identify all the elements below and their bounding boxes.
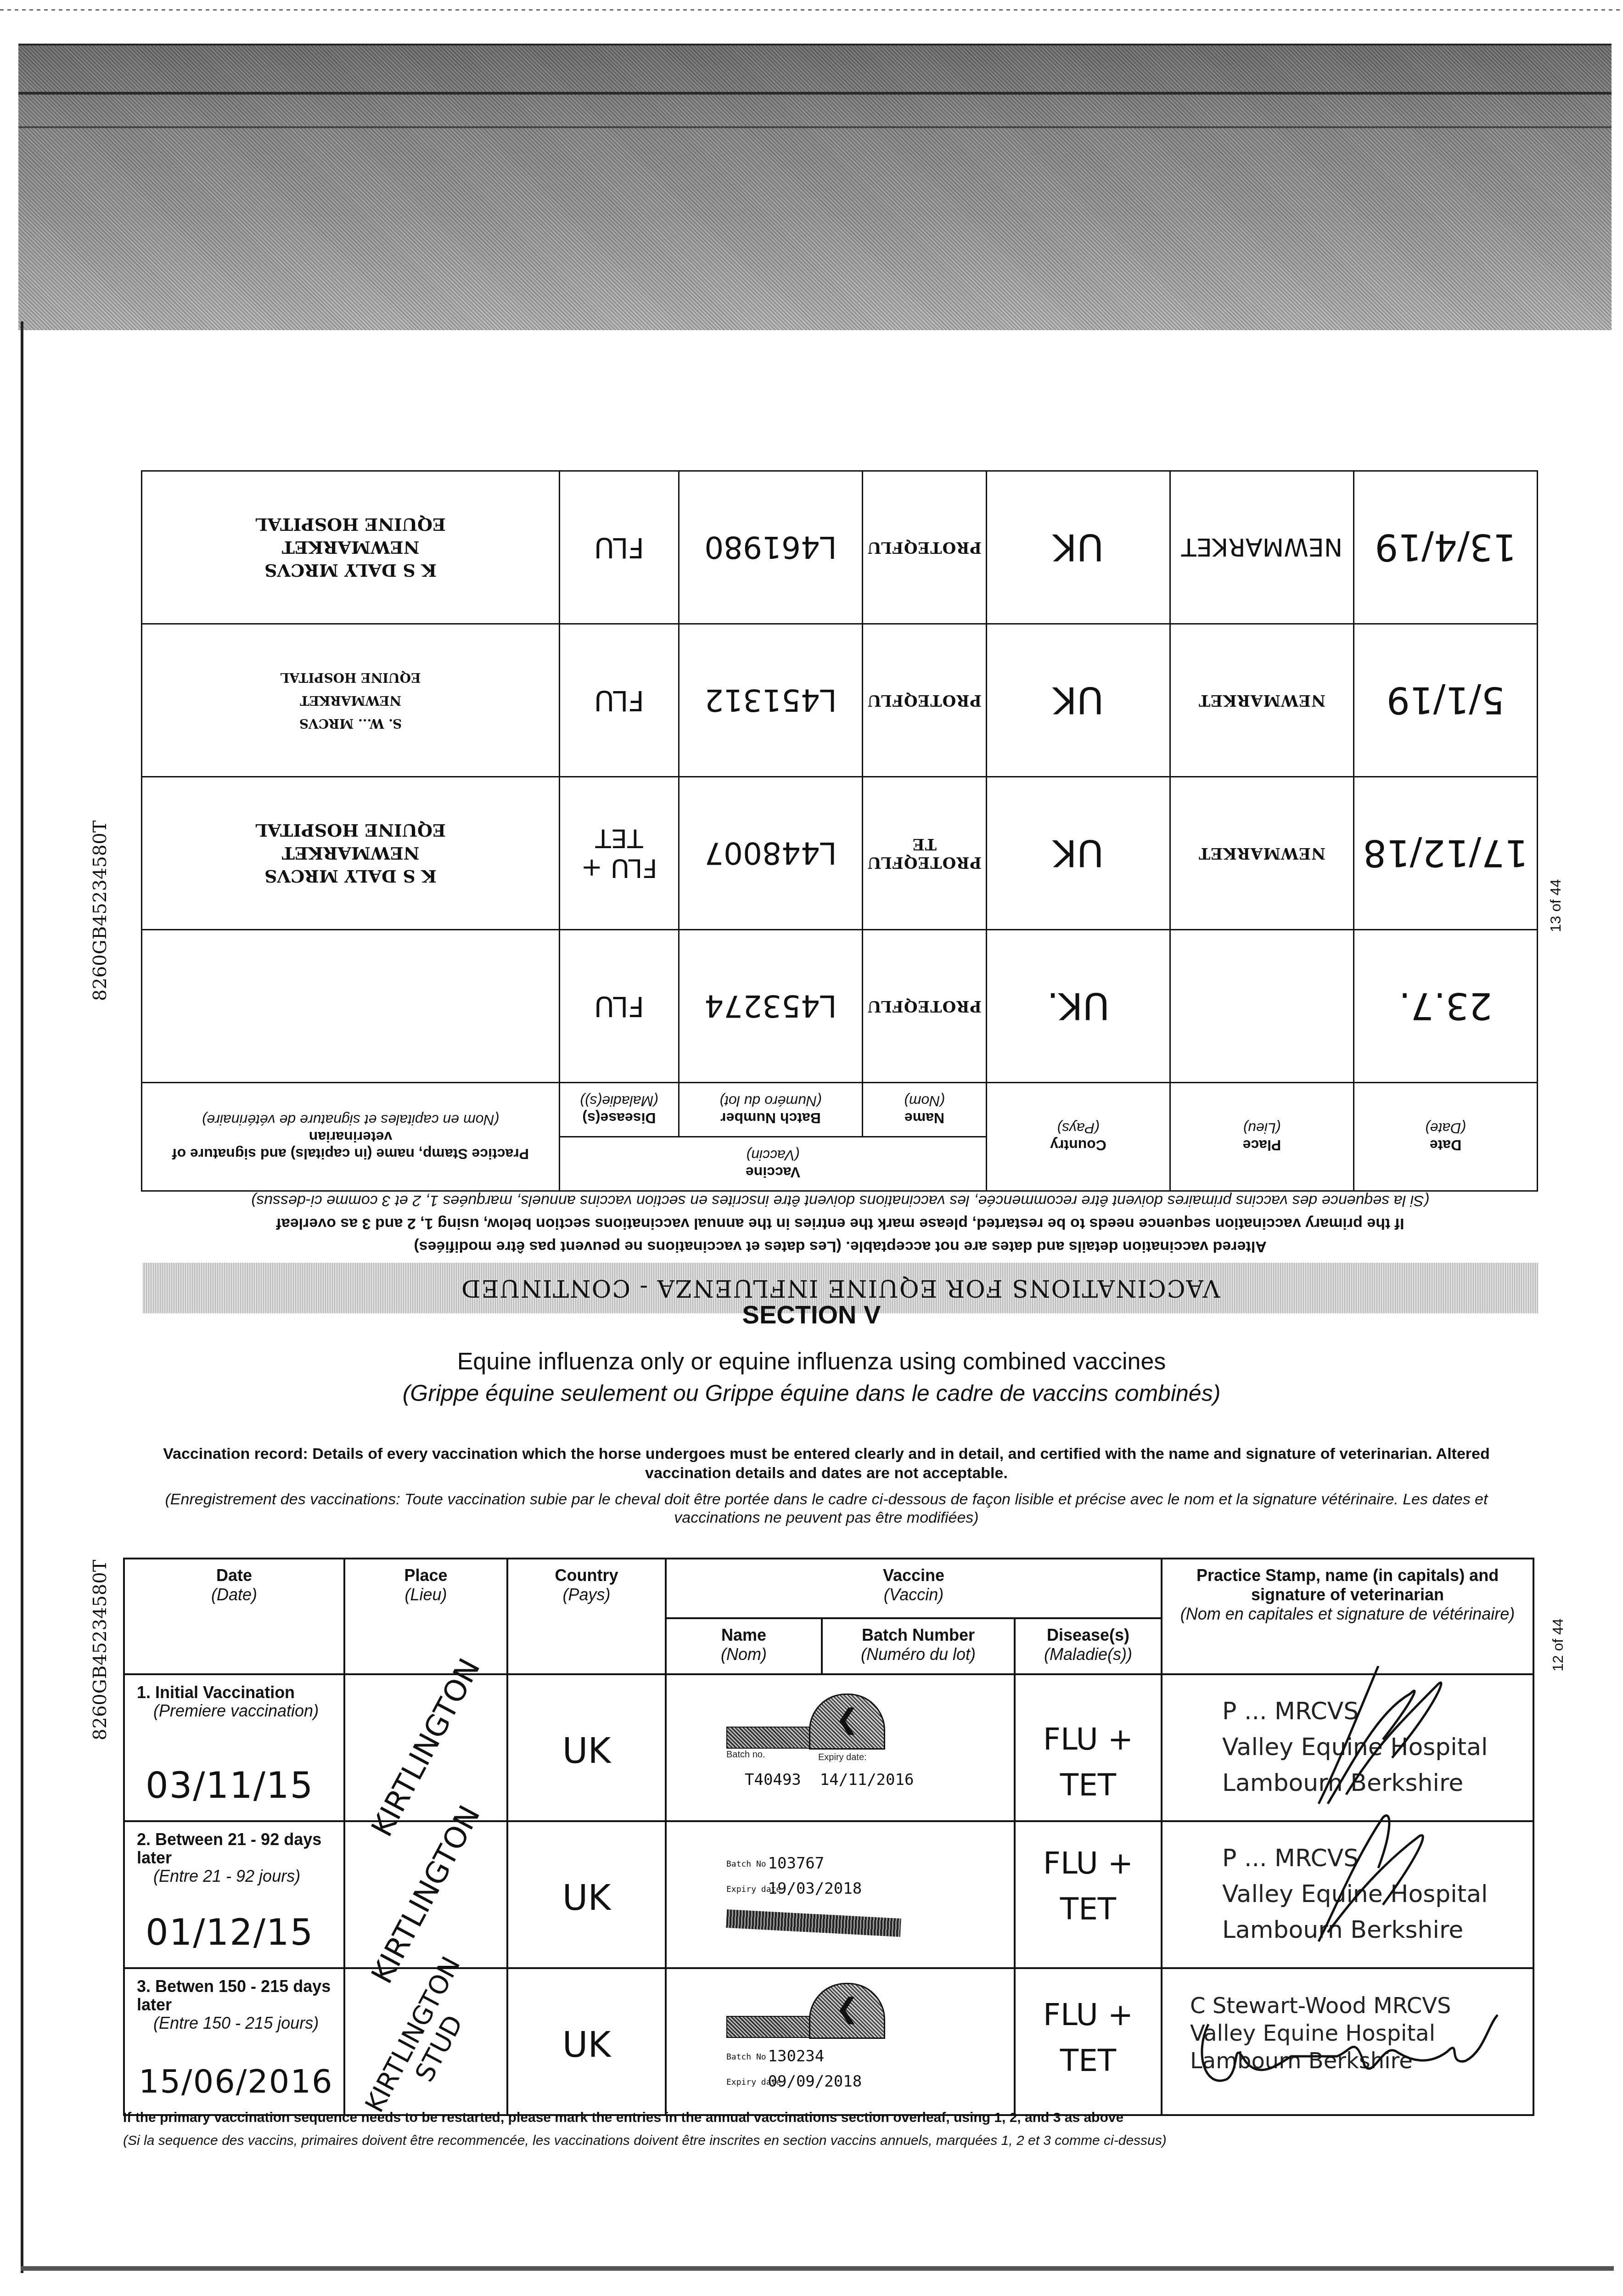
scan-top-dotted-edge [0, 9, 1623, 11]
upper-title: VACCINATIONS FOR EQUINE INFLUENZA - CONT… [461, 1274, 1220, 1302]
upper-header-disease: Disease(s)(Maladie(s)) [560, 1083, 679, 1137]
passport-id-upper: 8260GB45234580T [90, 821, 111, 1001]
scanner-line [18, 126, 1612, 128]
header-diseases: Disease(s)(Maladie(s)) [1015, 1618, 1162, 1674]
upper-row-place: NEWMARKET [1170, 471, 1354, 624]
upper-note-restart: If the primary vaccination sequence need… [142, 1212, 1538, 1235]
cell-vaccine-label: Batch No 103767 Expiry date 19/03/2018 [666, 1821, 1015, 1968]
cell-country: UK [507, 1821, 666, 1968]
vaccine-sticker [726, 1983, 965, 2056]
vaccination-country: UK [508, 1877, 665, 1918]
upper-row-vaccine-name: PROTEQFLU [863, 471, 987, 624]
header-date: Date(Date) [124, 1559, 344, 1674]
upper-row-place [1170, 930, 1354, 1083]
passport-id-lower: 8260GB45234580T [90, 1560, 111, 1740]
vaccination-country: UK [508, 2024, 665, 2065]
vet-signature [1300, 1666, 1475, 1813]
section-subtitle-fr: (Grippe équine seulement ou Grippe équin… [0, 1380, 1623, 1407]
page-bottom-edge [21, 2266, 1614, 2271]
vaccination-date: 03/11/15 [146, 1765, 314, 1806]
primary-vaccination-table: Date(Date) Place(Lieu) Country(Pays) Vac… [123, 1558, 1534, 2116]
cell-place: KIRTLINGTON [344, 1674, 507, 1821]
header-vaccine-name: Name(Nom) [666, 1618, 822, 1674]
batch-line: Batch No 130234 [726, 2047, 824, 2065]
cell-diseases: FLU +TET [1015, 1674, 1162, 1821]
restart-sequence-note-fr: (Si la sequence des vaccins, primaires d… [123, 2133, 1533, 2149]
upper-table-row: 13/4/19 NEWMARKET UK PROTEQFLU L461980 F… [142, 471, 1538, 624]
cell-country: UK [507, 1674, 666, 1821]
header-country: Country(Pays) [507, 1559, 666, 1674]
sticker-barcode-strip [726, 1909, 901, 1937]
header-stamp: Practice Stamp, name (in capitals) and s… [1162, 1559, 1533, 1674]
sticker-expiry-caption: Expiry date: [818, 1752, 867, 1763]
expiry-caption: Expiry date [726, 1885, 758, 1894]
vaccination-date: 01/12/15 [146, 1912, 314, 1953]
vaccination-country: UK [508, 1730, 665, 1771]
row-label: 1. Initial Vaccination(Premiere vaccinat… [125, 1675, 343, 1720]
cell-stamp: C Stewart-Wood MRCVS Valley Equine Hospi… [1162, 1968, 1533, 2115]
stamp-name: S. W... MRCVS [142, 712, 559, 735]
upper-row-date: 23.7. [1354, 930, 1538, 1083]
upper-row-disease: FLU [560, 624, 679, 777]
cell-date: 1. Initial Vaccination(Premiere vaccinat… [124, 1674, 344, 1821]
expiry-caption: Expiry date [726, 2077, 758, 2087]
header-vaccine: Vaccine(Vaccin) [666, 1559, 1162, 1618]
upper-row-vaccine-name: PROTEQFLU TE [863, 777, 987, 930]
table-row: 1. Initial Vaccination(Premiere vaccinat… [124, 1674, 1533, 1821]
cell-diseases: FLU +TET [1015, 1821, 1162, 1968]
sticker-logo-icon [809, 1694, 885, 1750]
upper-row-disease: FLU + TET [560, 777, 679, 930]
upper-header-name: Name(Nom) [863, 1083, 987, 1137]
upper-row-date: 17/12/18 [1354, 777, 1538, 930]
stamp-place: NEWMARKET [142, 536, 559, 559]
upper-row-place: NEWMARKET [1170, 777, 1354, 930]
page-left-edge [21, 321, 23, 2273]
stamp-practice: EQUINE HOSPITAL [142, 819, 559, 842]
batch-expiry: T40493 14/11/2016 [745, 1771, 914, 1789]
sticker-batch-caption: Batch no. [726, 1750, 765, 1760]
upper-row-vaccine-name: PROTEQFLU [863, 930, 987, 1083]
stamp-practice: EQUINE HOSPITAL [142, 666, 559, 689]
stamp-place: NEWMARKET [142, 689, 559, 712]
vaccination-record-note-fr: (Enregistrement des vaccinations: Toute … [138, 1490, 1515, 1527]
stamp-practice: EQUINE HOSPITAL [142, 513, 559, 536]
upper-note-altered: Altered vaccination details and dates ar… [142, 1235, 1538, 1258]
cell-stamp: P ... MRCVS Valley Equine Hospital Lambo… [1162, 1674, 1533, 1821]
vaccination-date: 15/06/2016 [139, 2063, 333, 2100]
diseases-handwritten: FLU +TET [1016, 1992, 1161, 2084]
batch-number: 130234 [768, 2047, 824, 2065]
upper-notes: Altered vaccination details and dates ar… [142, 1189, 1538, 1258]
cell-place: KIRTLINGTONSTUD [344, 1968, 507, 2115]
section-subtitle-en: Equine influenza only or equine influenz… [0, 1348, 1623, 1375]
vaccination-place: KIRTLINGTONSTUD [359, 1952, 492, 2132]
upper-table-row: 5/1/19 NEWMARKET UK PROTEQFLU L451312 FL… [142, 624, 1538, 777]
upper-header-vaccine: Vaccine(Vaccin) [560, 1137, 987, 1191]
cell-vaccine-label: Batch No 130234 Expiry date 09/09/2018 [666, 1968, 1015, 2115]
batch-caption: Batch No [726, 2052, 758, 2062]
upper-row-stamp: S. W... MRCVS NEWMARKET EQUINE HOSPITAL [142, 624, 560, 777]
upper-row-stamp: K S DALY MRCVS NEWMARKET EQUINE HOSPITAL [142, 471, 560, 624]
table-row: 3. Betwen 150 - 215 days later(Entre 150… [124, 1968, 1533, 2115]
upper-vaccination-table: Date(Date) Place(Lieu) Country(Pays) Vac… [141, 470, 1538, 1192]
section-title: SECTION V [0, 1300, 1623, 1329]
upper-row-vaccine-name: PROTEQFLU [863, 624, 987, 777]
diseases-handwritten: FLU +TET [1016, 1840, 1161, 1932]
batch-caption: Batch No [726, 1859, 758, 1869]
upper-row-date: 5/1/19 [1354, 624, 1538, 777]
upper-row-batch: L453274 [679, 930, 863, 1083]
batch-number: T40493 [745, 1771, 801, 1789]
row-label: 2. Between 21 - 92 days later(Entre 21 -… [125, 1822, 343, 1885]
stamp-name: K S DALY MRCVS [142, 559, 559, 582]
expiry-date: 19/03/2018 [768, 1880, 862, 1898]
upper-row-place: NEWMARKET [1170, 624, 1354, 777]
upper-table-row: 17/12/18 NEWMARKET UK PROTEQFLU TE L4480… [142, 777, 1538, 930]
upper-header-place: Place(Lieu) [1170, 1083, 1354, 1191]
expiry-line: Expiry date 09/09/2018 [726, 2072, 862, 2091]
cell-vaccine-label: Batch no. Expiry date: T40493 14/11/2016 [666, 1674, 1015, 1821]
upper-row-stamp: K S DALY MRCVS NEWMARKET EQUINE HOSPITAL [142, 777, 560, 930]
page-number-lower: 12 of 44 [1550, 1618, 1567, 1671]
upper-row-country: UK [987, 471, 1170, 624]
header-place: Place(Lieu) [344, 1559, 507, 1674]
upper-row-disease: FLU [560, 930, 679, 1083]
upper-row-country: UK [987, 777, 1170, 930]
annual-vaccinations-continued-rotated: VACCINATIONS FOR EQUINE INFLUENZA - CONT… [142, 413, 1538, 1313]
vaccine-sticker: Batch no. Expiry date: [726, 1694, 965, 1767]
sticker-logo-icon [809, 1983, 885, 2039]
expiry-date: 14/11/2016 [820, 1771, 914, 1789]
upper-table-row: 23.7. UK. PROTEQFLU L453274 FLU [142, 930, 1538, 1083]
vet-signature [1300, 1813, 1475, 1960]
vaccination-record-note: Vaccination record: Details of every vac… [138, 1444, 1515, 1483]
header-batch-number: Batch Number(Numéro du lot) [822, 1618, 1015, 1674]
batch-line: Batch No 103767 [726, 1854, 824, 1873]
expiry-date: 09/09/2018 [768, 2072, 862, 2091]
upper-header-stamp: Practice Stamp, name (in capitals) and s… [142, 1083, 560, 1191]
upper-header-country: Country(Pays) [987, 1083, 1170, 1191]
upper-header-date: Date(Date) [1354, 1083, 1538, 1191]
upper-row-disease: FLU [560, 471, 679, 624]
cell-date: 3. Betwen 150 - 215 days later(Entre 150… [124, 1968, 344, 2115]
cell-diseases: FLU +TET [1015, 1968, 1162, 2115]
batch-number: 103767 [768, 1854, 824, 1873]
cell-place: KIRTLINGTON [344, 1821, 507, 1968]
cell-stamp: P ... MRCVS Valley Equine Hospital Lambo… [1162, 1821, 1533, 1968]
scanner-shadow-band [18, 44, 1612, 330]
vaccination-place: KIRTLINGTON [365, 1800, 487, 1989]
stamp-name: K S DALY MRCVS [142, 865, 559, 888]
cell-date: 2. Between 21 - 92 days later(Entre 21 -… [124, 1821, 344, 1968]
upper-row-country: UK [987, 624, 1170, 777]
upper-row-country: UK. [987, 930, 1170, 1083]
expiry-line: Expiry date 19/03/2018 [726, 1880, 862, 1898]
upper-header-batch: Batch Number(Numéro du lot) [679, 1083, 863, 1137]
upper-row-batch: L451312 [679, 624, 863, 777]
diseases-handwritten: FLU +TET [1016, 1716, 1161, 1808]
row-label: 3. Betwen 150 - 215 days later(Entre 150… [125, 1969, 343, 2032]
stamp-place: NEWMARKET [142, 842, 559, 865]
upper-row-batch: L448007 [679, 777, 863, 930]
cell-country: UK [507, 1968, 666, 2115]
restart-sequence-note: If the primary vaccination sequence need… [123, 2110, 1533, 2126]
vet-signature [1190, 1997, 1511, 2098]
table-row: 2. Between 21 - 92 days later(Entre 21 -… [124, 1821, 1533, 1968]
page-number-upper: 13 of 44 [1547, 879, 1564, 932]
upper-row-stamp-faded [142, 930, 560, 1083]
upper-row-batch: L461980 [679, 471, 863, 624]
upper-row-date: 13/4/19 [1354, 471, 1538, 624]
upper-note-restart-fr: (Si la sequence des vaccins primaires do… [142, 1189, 1538, 1212]
scanner-line [18, 92, 1612, 95]
